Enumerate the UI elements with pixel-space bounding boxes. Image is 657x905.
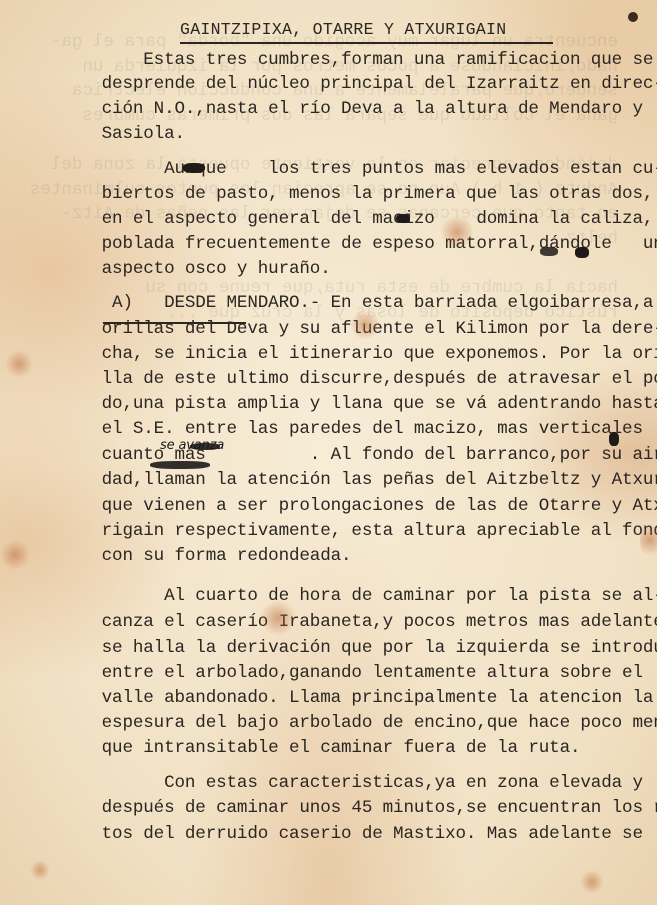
text-line: poblada frecuentemente de espeso matorra… — [60, 232, 657, 256]
text-line: aspecto osco y huraño. — [60, 257, 331, 281]
text-line: que vienen a ser prolongaciones de las d… — [60, 494, 657, 518]
ink-blot — [575, 247, 589, 258]
section-heading-underline — [103, 322, 246, 324]
text-line: Sasiola. — [60, 122, 185, 146]
ink-blot — [396, 214, 410, 223]
text-line: se halla la derivación que por la izquie… — [60, 636, 657, 660]
text-line: dad,llaman la atención las peñas del Ait… — [60, 468, 657, 492]
text-line: entre el arbolado,ganando lentamente alt… — [60, 661, 643, 685]
text-line: desprende del núcleo principal del Izarr… — [60, 72, 657, 96]
document-title: GAINTZIPIXA, OTARRE Y ATXURIGAIN — [180, 20, 555, 40]
strike-through — [150, 461, 210, 469]
stain — [640, 520, 657, 560]
ink-blot — [609, 432, 619, 446]
text-line: espesura del bajo arbolado de encino,que… — [60, 711, 657, 735]
text-line: el S.E. entre las paredes del macizo, ma… — [60, 417, 643, 441]
text-line: ción N.O.,nasta el río Deva a la altura … — [60, 97, 643, 121]
text-line: Con estas caracteristicas,ya en zona ele… — [60, 771, 643, 795]
text-line: tos del derruido caserio de Mastixo. Mas… — [60, 822, 643, 846]
stain — [580, 870, 604, 894]
text-line: en el aspecto general del macizo domina … — [60, 207, 653, 231]
stain — [30, 860, 50, 880]
ink-dot — [628, 12, 638, 22]
text-line: Estas tres cumbres,forman una ramificaci… — [60, 48, 653, 72]
text-line: que intransitable el caminar fuera de la… — [60, 736, 580, 760]
stain — [5, 350, 33, 378]
text-line: Aunque los tres puntos mas elevados esta… — [60, 157, 657, 181]
stain — [260, 600, 296, 636]
title-underline — [180, 42, 553, 44]
ink-blot — [540, 247, 558, 256]
handwritten-correction: se avanza — [160, 438, 224, 453]
text-line: canza el caserío Irabaneta,y pocos metro… — [60, 610, 657, 634]
stain — [350, 310, 380, 340]
text-line: con su forma redondeada. — [60, 544, 351, 568]
text-line: do,una pista amplia y llana que se vá ad… — [60, 392, 657, 416]
stain — [440, 215, 474, 249]
stain — [0, 540, 30, 570]
text-line: cha, se inicia el itinerario que exponem… — [60, 342, 657, 366]
text-line: Al cuarto de hora de caminar por la pist… — [60, 584, 657, 608]
ink-blot — [183, 163, 205, 173]
text-line: lla de este ultimo discurre,después de a… — [60, 367, 657, 391]
text-line: valle abandonado. Llama principalmente l… — [60, 686, 653, 710]
text-line: biertos de pasto, menos la primera que l… — [60, 182, 653, 206]
text-line: rigain respectivamente, esta altura apre… — [60, 519, 657, 543]
text-line: después de caminar unos 45 minutos,se en… — [60, 796, 657, 820]
